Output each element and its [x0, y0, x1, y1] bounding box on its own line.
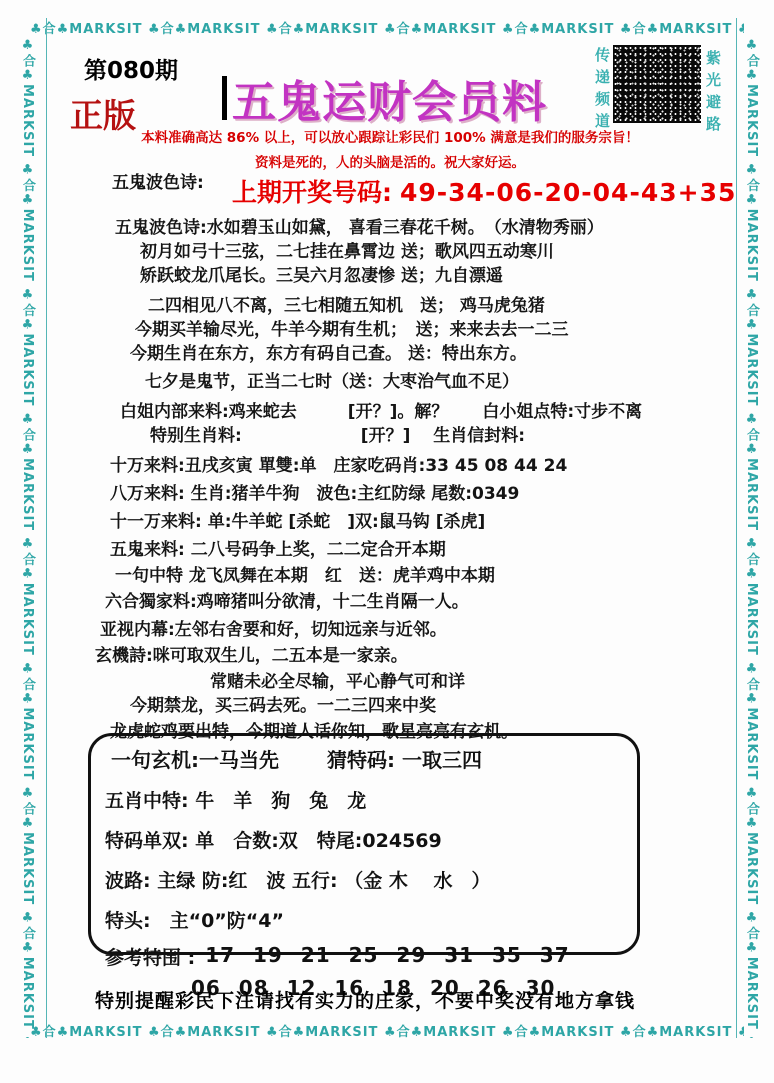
body-line: 白姐内部来料:鸡来蛇去 [开？]。解？ 白小姐点特:寸步不离 — [120, 400, 708, 424]
body-line: 八万来料: 生肖:猪羊牛狗 波色:主红防绿 尾数:0349 — [110, 482, 708, 506]
body-line: 亚视内幕:左邻右舍要和好，切知远亲与近邻。 — [100, 618, 708, 642]
inner-rule-right — [736, 18, 737, 1038]
accuracy-notice: 本料准确高达 86% 以上，可以放心跟踪让彩民们 100% 满意是我们的服务宗旨… — [100, 126, 680, 146]
reference-label: 参考特围 : — [105, 943, 195, 970]
body-line: 初月如弓十三弦，二七挂在鼻霄边 送；歌风四五动寒川 — [140, 240, 708, 264]
body-line: 七夕是鬼节，正当二七时（送：大枣治气血不足） — [145, 370, 708, 394]
body-line: 五鬼波色诗:水如碧玉山如黛， 喜看三春花千树。 （水清物秀丽） — [115, 216, 708, 240]
reference-numbers-1: 17 19 21 25 29 31 35 37 — [205, 943, 569, 967]
page-title: 五鬼运财会员料 — [232, 66, 547, 130]
border-right: ♣合♣MARKSIT ♣合♣MARKSIT ♣合♣MARKSIT ♣合♣MARK… — [742, 38, 762, 1038]
guess-special-code: 猜特码: 一取三四 — [327, 744, 482, 773]
body-line: 五鬼来料: 二八号码争上奖，二二定合开本期 — [110, 538, 708, 562]
body-line: 一句中特 龙飞凤舞在本期 红 送：虎羊鸡中本期 — [115, 564, 708, 588]
body-line: 特别生肖料: [开？] 生肖信封料: — [150, 424, 708, 448]
body-line: 十一万来料: 单:牛羊蛇 [杀蛇 ]双:鼠马钩 [杀虎] — [110, 510, 708, 534]
prediction-body: 五鬼波色诗:水如碧玉山如黛， 喜看三春花千树。 （水清物秀丽） 初月如弓十三弦，… — [60, 216, 708, 744]
border-left-text: ♣合♣MARKSIT ♣合♣MARKSIT ♣合♣MARKSIT ♣合♣MARK… — [18, 38, 37, 1038]
lottery-tip-sheet: ♣合♣MARKSIT ♣合♣MARKSIT ♣合♣MARKSIT ♣合♣MARK… — [0, 0, 774, 1083]
body-line: 玄機詩:咪可取双生儿，二五本是一家亲。 — [95, 644, 708, 668]
border-left: ♣合♣MARKSIT ♣合♣MARKSIT ♣合♣MARKSIT ♣合♣MARK… — [18, 38, 38, 1038]
body-line: 矫跃蛟龙爪尾长。三吴六月忽凄惨 送；九自漂遥 — [140, 264, 708, 288]
body-line: 十万来料:丑戌亥寅 單雙:单 庄家吃码肖:33 45 08 44 24 — [110, 454, 708, 478]
box-line: 特头: 主“0”防“4” — [105, 906, 637, 933]
body-line: 常赌未必全尽输，平心静气可和详 — [210, 670, 708, 694]
ink-stamp-block — [613, 45, 701, 123]
reminder-warning: 特别提醒彩民下注请找有实力的庄家，不要中奖没有地方拿钱 — [95, 986, 635, 1013]
body-line: 今期买羊输尽光，牛羊今期有生机； 送；来来去去一二三 — [135, 318, 708, 342]
special-prediction-box: 一句玄机:一马当先 猜特码: 一取三四 五肖中特: 牛 羊 狗 兔 龙 特码单双… — [88, 733, 640, 955]
body-line: 六合獨家料:鸡啼猪叫分欲清，十二生肖隔一人。 — [105, 590, 708, 614]
last-draw-result: 上期开奖号码:49-34-06-20-04-43+35 — [232, 173, 736, 209]
stamp-caption-right: 紫光避路 — [703, 50, 724, 170]
box-line: 特码单双: 单 合数:双 特尾:024569 — [105, 826, 637, 853]
inner-rule-left — [46, 18, 47, 1038]
stamp-caption-left: 传递频道 — [592, 47, 613, 167]
box-header-row: 一句玄机:一马当先 猜特码: 一取三四 — [91, 736, 637, 773]
mystery-phrase: 一句玄机:一马当先 — [111, 744, 279, 773]
border-top: ♣合♣MARKSIT ♣合♣MARKSIT ♣合♣MARKSIT ♣合♣MARK… — [30, 18, 744, 36]
border-bottom: ♣合♣MARKSIT ♣合♣MARKSIT ♣合♣MARKSIT ♣合♣MARK… — [30, 1021, 744, 1039]
poem-section-label: 五鬼波色诗: — [112, 168, 204, 193]
body-line: 今期禁龙，买三码去死。一二三四来中奖 — [130, 694, 708, 718]
last-draw-label: 上期开奖号码: — [232, 178, 392, 207]
last-draw-numbers: 49-34-06-20-04-43+35 — [400, 178, 736, 207]
box-line: 五肖中特: 牛 羊 狗 兔 龙 — [105, 786, 637, 813]
border-right-text: ♣合♣MARKSIT ♣合♣MARKSIT ♣合♣MARKSIT ♣合♣MARK… — [742, 38, 761, 1038]
body-line: 今期生肖在东方，东方有码自己查。 送：特出东方。 — [130, 342, 708, 366]
title-block: 五鬼运财会员料 — [222, 66, 547, 130]
title-divider-bar — [222, 76, 227, 120]
reference-numbers-row: 参考特围 : 17 19 21 25 29 31 35 37 — [105, 943, 637, 970]
body-line: 二四相见八不离，三七相随五知机 送； 鸡马虎兔猪 — [148, 294, 708, 318]
issue-number: 第080期 — [84, 52, 178, 85]
box-line: 波路: 主绿 防:红 波 五行: （金 木 水 ） — [105, 866, 637, 893]
